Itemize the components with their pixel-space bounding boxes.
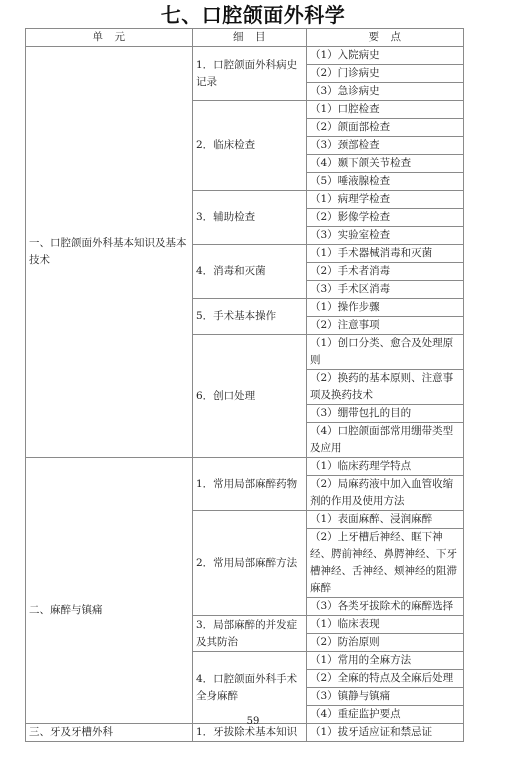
point-cell: （2）上牙槽后神经、眶下神经、腭前神经、鼻腭神经、下牙槽神经、舌神经、颊神经的阻… bbox=[307, 529, 464, 598]
point-cell: （2）颌面部检查 bbox=[307, 119, 464, 137]
point-cell: （1）入院病史 bbox=[307, 47, 464, 65]
point-cell: （2）全麻的特点及全麻后处理 bbox=[307, 670, 464, 688]
header-unit: 单 元 bbox=[26, 29, 193, 47]
table-row: 二、麻醉与镇痛 1．常用局部麻醉药物 （1）临床药理学特点 bbox=[26, 458, 464, 476]
item-cell: 1．口腔颌面外科病史记录 bbox=[193, 47, 307, 101]
table-header-row: 单 元 细 目 要 点 bbox=[26, 29, 464, 47]
point-cell: （1）表面麻醉、浸润麻醉 bbox=[307, 511, 464, 529]
unit-cell: 一、口腔颌面外科基本知识及基本技术 bbox=[26, 47, 193, 458]
point-cell: （3）手术区消毒 bbox=[307, 281, 464, 299]
header-point: 要 点 bbox=[307, 29, 464, 47]
syllabus-table: 单 元 细 目 要 点 一、口腔颌面外科基本知识及基本技术 1．口腔颌面外科病史… bbox=[25, 28, 464, 742]
point-cell: （1）临床药理学特点 bbox=[307, 458, 464, 476]
point-cell: （1）临床表现 bbox=[307, 616, 464, 634]
item-cell: 2．临床检查 bbox=[193, 101, 307, 191]
point-cell: （3）实验室检查 bbox=[307, 227, 464, 245]
point-cell: （3）各类牙拔除术的麻醉选择 bbox=[307, 598, 464, 616]
point-cell: （1）操作步骤 bbox=[307, 299, 464, 317]
point-cell: （2）注意事项 bbox=[307, 317, 464, 335]
point-cell: （2）防治原则 bbox=[307, 634, 464, 652]
point-cell: （3）急诊病史 bbox=[307, 83, 464, 101]
point-cell: （3）绷带包扎的目的 bbox=[307, 405, 464, 423]
point-cell: （3）镇静与镇痛 bbox=[307, 688, 464, 706]
point-cell: （4）颞下颌关节检查 bbox=[307, 155, 464, 173]
item-cell: 6．创口处理 bbox=[193, 335, 307, 458]
item-cell: 2．常用局部麻醉方法 bbox=[193, 511, 307, 616]
header-item: 细 目 bbox=[193, 29, 307, 47]
point-cell: （1）病理学检查 bbox=[307, 191, 464, 209]
item-cell: 5．手术基本操作 bbox=[193, 299, 307, 335]
point-cell: （1）口腔检查 bbox=[307, 101, 464, 119]
point-cell: （1）手术器械消毒和灭菌 bbox=[307, 245, 464, 263]
point-cell: （5）唾液腺检查 bbox=[307, 173, 464, 191]
table-row: 一、口腔颌面外科基本知识及基本技术 1．口腔颌面外科病史记录 （1）入院病史 bbox=[26, 47, 464, 65]
point-cell: （2）门诊病史 bbox=[307, 65, 464, 83]
page-title: 七、口腔颌面外科学 bbox=[0, 3, 506, 27]
item-cell: 3．局部麻醉的并发症及其防治 bbox=[193, 616, 307, 652]
point-cell: （2）手术者消毒 bbox=[307, 263, 464, 281]
page-number: 59 bbox=[0, 716, 506, 727]
item-cell: 4．消毒和灭菌 bbox=[193, 245, 307, 299]
item-cell: 1．常用局部麻醉药物 bbox=[193, 458, 307, 511]
point-cell: （1）创口分类、愈合及处理原则 bbox=[307, 335, 464, 370]
point-cell: （3）颈部检查 bbox=[307, 137, 464, 155]
item-cell: 3．辅助检查 bbox=[193, 191, 307, 245]
point-cell: （2）换药的基本原则、注意事项及换药技术 bbox=[307, 370, 464, 405]
point-cell: （2）影像学检查 bbox=[307, 209, 464, 227]
point-cell: （2）局麻药液中加入血管收缩剂的作用及使用方法 bbox=[307, 476, 464, 511]
point-cell: （1）常用的全麻方法 bbox=[307, 652, 464, 670]
point-cell: （4）口腔颌面部常用绷带类型及应用 bbox=[307, 423, 464, 458]
item-cell: 4．口腔颌面外科手术全身麻醉 bbox=[193, 652, 307, 724]
unit-cell: 二、麻醉与镇痛 bbox=[26, 458, 193, 724]
